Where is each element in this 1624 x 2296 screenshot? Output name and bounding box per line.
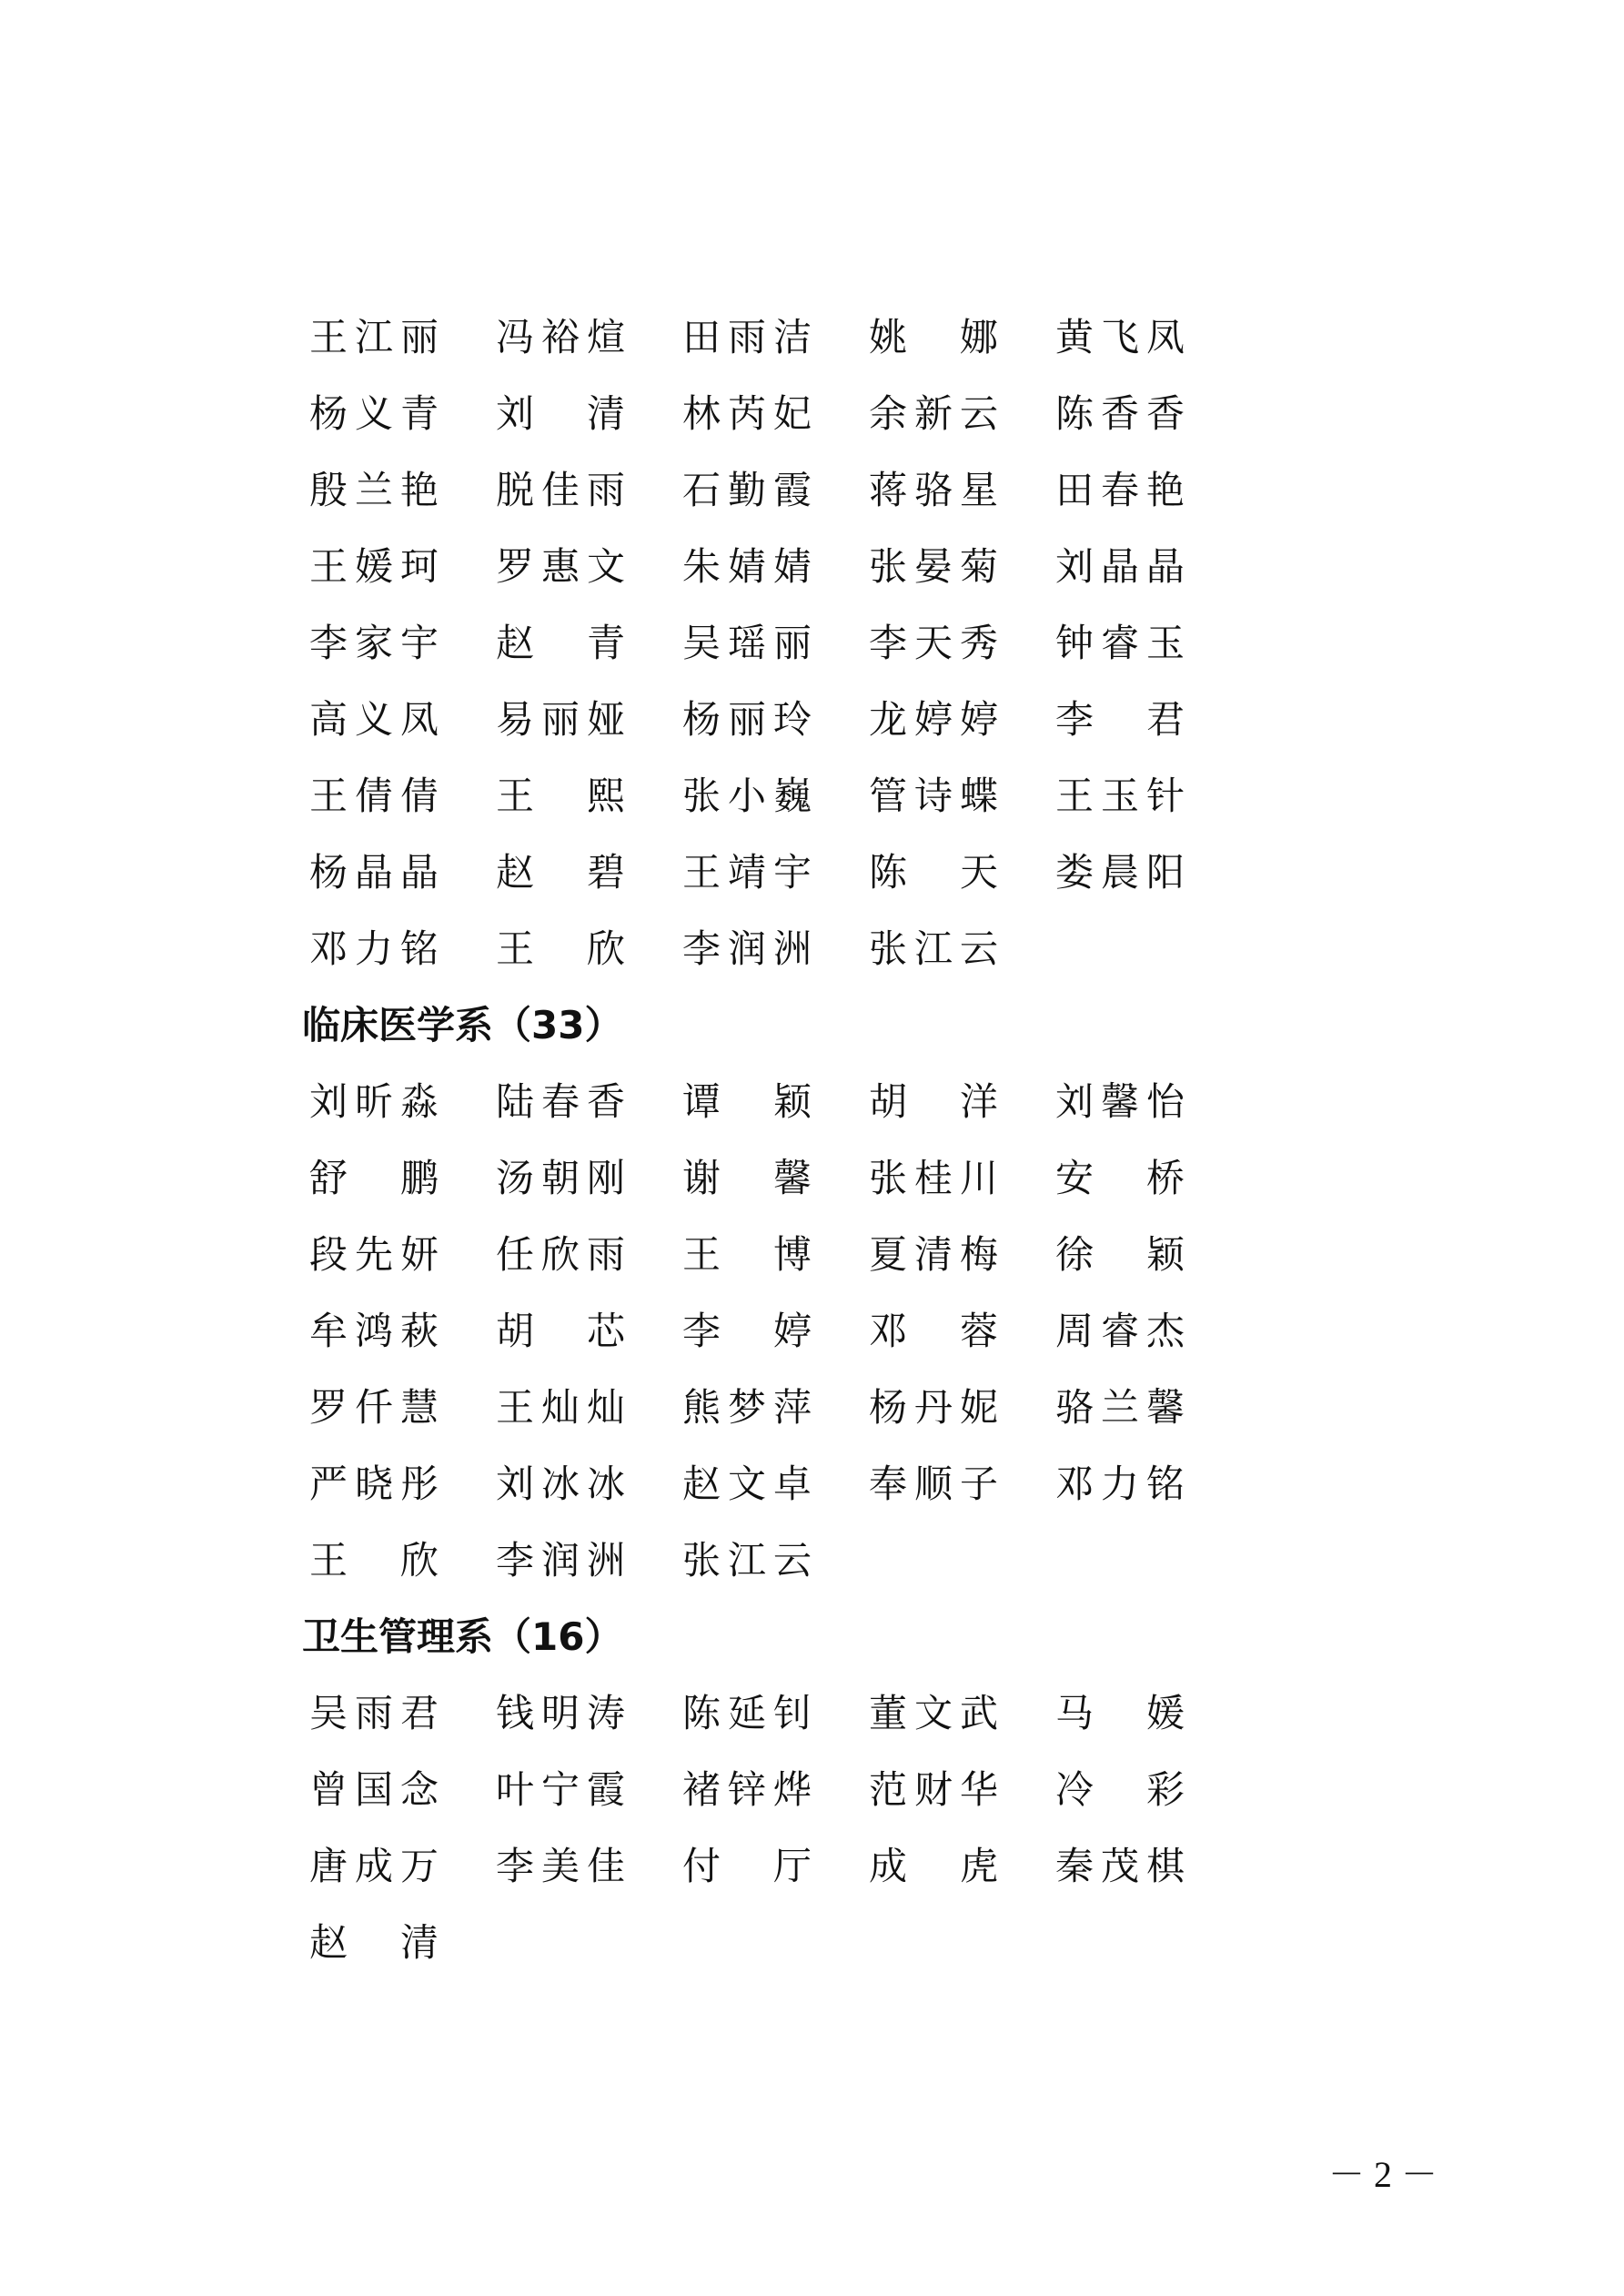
name-row: 刘昕淼陆春香谭 颖胡 洋刘馨怡: [306, 1061, 1270, 1138]
section-heading: 临床医学系（33）: [302, 985, 1270, 1061]
person-name: 奉顺子: [865, 1443, 1052, 1520]
person-name: 付 厅: [679, 1826, 865, 1902]
person-name: 赵 青: [492, 602, 679, 679]
person-name: 田雨洁: [679, 297, 865, 373]
person-name: 王 欣: [492, 908, 679, 985]
name-row: 殷兰艳脱佳雨石勤霞蒋骆星田春艳: [306, 450, 1270, 526]
name-row: 杨晶晶赵 碧王靖宇陈 天娄晨阳: [306, 832, 1270, 908]
person-name: 杨晶晶: [306, 832, 492, 908]
person-name: 高义凤: [306, 679, 492, 755]
person-name: 周睿杰: [1052, 1290, 1238, 1367]
person-name: 董文武: [865, 1673, 1052, 1749]
person-name: 曾国念: [306, 1749, 492, 1826]
person-name: 李天秀: [865, 602, 1052, 679]
person-name: 刘晶晶: [1052, 526, 1238, 602]
person-name: 李 婷: [679, 1290, 865, 1367]
person-name: 杨丽玲: [679, 679, 865, 755]
name-row: 牟鸿萩胡 芯李 婷邓 蓉周睿杰: [306, 1290, 1270, 1367]
person-name: 王 熙: [492, 755, 679, 832]
name-row: 高义凤易丽娅杨丽玲龙婷婷李 君: [306, 679, 1270, 755]
name-row: 舒 鹏汤朝刚谢 馨张桂川安 桥: [306, 1138, 1270, 1214]
name-row: 王媛珂罗惠文朱婧婧张晏菊刘晶晶: [306, 526, 1270, 602]
person-name: 张小巍: [679, 755, 865, 832]
name-row: 王 欣李润洲张江云: [306, 1520, 1270, 1596]
person-name: 范财华: [865, 1749, 1052, 1826]
person-name: 刘馨怡: [1052, 1061, 1238, 1138]
person-name: 杨丹妮: [865, 1367, 1052, 1443]
person-name: 张桂川: [865, 1138, 1052, 1214]
person-name: 陈香香: [1052, 373, 1238, 450]
name-row: 严晓彤刘冰冰赵文卓奉顺子邓力铭: [306, 1443, 1270, 1520]
person-name: 王玉针: [1052, 755, 1238, 832]
person-name: 赵 清: [306, 1902, 492, 1978]
person-name: 李润洲: [492, 1520, 679, 1596]
person-name: 吴瑶丽: [679, 602, 865, 679]
person-name: 娄晨阳: [1052, 832, 1238, 908]
person-name: 王靖宇: [679, 832, 865, 908]
person-name: 刘昕淼: [306, 1061, 492, 1138]
person-name: 赵文卓: [679, 1443, 865, 1520]
person-name: 田春艳: [1052, 450, 1238, 526]
person-name: 易丽娅: [492, 679, 679, 755]
person-name: 石勤霞: [679, 450, 865, 526]
name-list: 王江丽冯裕煊田雨洁姚 娜黄飞凤杨义青刘 清林芮妃余新云陈香香殷兰艳脱佳雨石勤霞蒋…: [306, 297, 1270, 1978]
person-name: 罗仟慧: [306, 1367, 492, 1443]
person-name: 张江云: [679, 1520, 865, 1596]
name-row: 段先妍任欣雨王 博夏清梅徐 颖: [306, 1214, 1270, 1290]
person-name: 刘冰冰: [492, 1443, 679, 1520]
person-name: 朱婧婧: [679, 526, 865, 602]
person-name: 唐成万: [306, 1826, 492, 1902]
person-name: 殷兰艳: [306, 450, 492, 526]
person-name: 冷 彩: [1052, 1749, 1238, 1826]
page-number: － 2 －: [1324, 2146, 1442, 2198]
person-name: 冯裕煊: [492, 297, 679, 373]
person-name: 杨义青: [306, 373, 492, 450]
person-name: 李家宇: [306, 602, 492, 679]
person-name: 夏清梅: [865, 1214, 1052, 1290]
person-name: 蒋骆星: [865, 450, 1052, 526]
person-name: 张晏菊: [865, 526, 1052, 602]
name-row: 唐成万李美佳付 厅成 虎秦茂棋: [306, 1826, 1270, 1902]
person-name: 秦茂棋: [1052, 1826, 1238, 1902]
document-page: 王江丽冯裕煊田雨洁姚 娜黄飞凤杨义青刘 清林芮妃余新云陈香香殷兰艳脱佳雨石勤霞蒋…: [0, 0, 1624, 2296]
person-name: 任欣雨: [492, 1214, 679, 1290]
person-name: 褚锌烨: [679, 1749, 865, 1826]
person-name: 王媛珂: [306, 526, 492, 602]
name-row: 李家宇赵 青吴瑶丽李天秀钟睿玉: [306, 602, 1270, 679]
person-name: 余新云: [865, 373, 1052, 450]
person-name: 谭 颖: [679, 1061, 865, 1138]
name-row: 邓力铭王 欣李润洲张江云: [306, 908, 1270, 985]
person-name: 管诗蝶: [865, 755, 1052, 832]
person-name: 王 欣: [306, 1520, 492, 1596]
name-row: 曾国念叶宁霞褚锌烨范财华冷 彩: [306, 1749, 1270, 1826]
person-name: 李美佳: [492, 1826, 679, 1902]
person-name: 王灿灿: [492, 1367, 679, 1443]
name-row: 罗仟慧王灿灿熊梦萍杨丹妮骆兰馨: [306, 1367, 1270, 1443]
name-row: 赵 清: [306, 1902, 1270, 1978]
person-name: 钱明涛: [492, 1673, 679, 1749]
person-name: 胡 洋: [865, 1061, 1052, 1138]
person-name: 陈延钊: [679, 1673, 865, 1749]
person-name: 谢 馨: [679, 1138, 865, 1214]
person-name: 脱佳雨: [492, 450, 679, 526]
person-name: 龙婷婷: [865, 679, 1052, 755]
person-name: 姚 娜: [865, 297, 1052, 373]
person-name: 邓力铭: [1052, 1443, 1238, 1520]
person-name: 林芮妃: [679, 373, 865, 450]
person-name: 邓力铭: [306, 908, 492, 985]
person-name: 舒 鹏: [306, 1138, 492, 1214]
person-name: 徐 颖: [1052, 1214, 1238, 1290]
person-name: 严晓彤: [306, 1443, 492, 1520]
person-name: 赵 碧: [492, 832, 679, 908]
person-name: 陈 天: [865, 832, 1052, 908]
person-name: 吴雨君: [306, 1673, 492, 1749]
person-name: 钟睿玉: [1052, 602, 1238, 679]
person-name: 李润洲: [679, 908, 865, 985]
person-name: 段先妍: [306, 1214, 492, 1290]
person-name: 马 媛: [1052, 1673, 1238, 1749]
name-row: 吴雨君钱明涛陈延钊董文武马 媛: [306, 1673, 1270, 1749]
person-name: 李 君: [1052, 679, 1238, 755]
person-name: 王江丽: [306, 297, 492, 373]
person-name: 张江云: [865, 908, 1052, 985]
person-name: 汤朝刚: [492, 1138, 679, 1214]
person-name: 王倩倩: [306, 755, 492, 832]
person-name: 成 虎: [865, 1826, 1052, 1902]
person-name: 叶宁霞: [492, 1749, 679, 1826]
name-row: 王倩倩王 熙张小巍管诗蝶王玉针: [306, 755, 1270, 832]
person-name: 王 博: [679, 1214, 865, 1290]
section-heading: 卫生管理系（16）: [302, 1596, 1270, 1673]
person-name: 陆春香: [492, 1061, 679, 1138]
person-name: 黄飞凤: [1052, 297, 1238, 373]
person-name: 熊梦萍: [679, 1367, 865, 1443]
person-name: 骆兰馨: [1052, 1367, 1238, 1443]
person-name: 罗惠文: [492, 526, 679, 602]
name-row: 杨义青刘 清林芮妃余新云陈香香: [306, 373, 1270, 450]
person-name: 胡 芯: [492, 1290, 679, 1367]
person-name: 刘 清: [492, 373, 679, 450]
name-row: 王江丽冯裕煊田雨洁姚 娜黄飞凤: [306, 297, 1270, 373]
person-name: 邓 蓉: [865, 1290, 1052, 1367]
person-name: 牟鸿萩: [306, 1290, 492, 1367]
person-name: 安 桥: [1052, 1138, 1238, 1214]
